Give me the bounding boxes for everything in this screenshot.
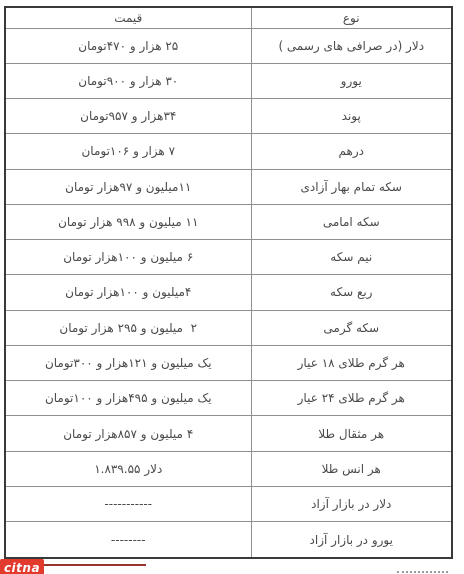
price-cell: ۱۱ میلیون و ۹۹۸ هزار تومان (5, 204, 251, 239)
type-cell: سکه امامی (251, 204, 452, 239)
price-cell: یک میلیون و ۱۲۱هزار و ۳۰۰تومان (5, 345, 251, 380)
header-row: نوع قیمت (5, 7, 452, 28)
table-row: سکه امامی ۱۱ میلیون و ۹۹۸ هزار تومان (5, 204, 452, 239)
table-body: دلار (در صرافی های رسمی ) ۲۵ هزار و ۴۷۰ت… (5, 28, 452, 558)
type-cell: پوند (251, 99, 452, 134)
price-cell: -------- (5, 522, 251, 558)
type-cell: درهم (251, 134, 452, 169)
price-column-header: قیمت (5, 7, 251, 28)
type-cell: هر مثقال طلا (251, 416, 452, 451)
table-row: سکه تمام بهار آزادی ۱۱میلیون و ۹۷هزار تو… (5, 169, 452, 204)
price-cell: ۶ میلیون و ۱۰۰هزار تومان (5, 240, 251, 275)
table-row: هر مثقال طلا ۴ میلیون و ۸۵۷هزار تومان (5, 416, 452, 451)
price-cell: ۳۰ هزار و ۹۰۰تومان (5, 63, 251, 98)
type-cell: یورو در بازار آزاد (251, 522, 452, 558)
price-cell: دلار ۱.۸۳۹.۵۵ (5, 451, 251, 486)
price-cell: ۴میلیون و ۱۰۰هزار تومان (5, 275, 251, 310)
price-cell: ۲۵ هزار و ۴۷۰تومان (5, 28, 251, 63)
type-cell: یورو (251, 63, 452, 98)
table-row: یورو در بازار آزاد -------- (5, 522, 452, 558)
type-cell: ربع سکه (251, 275, 452, 310)
price-cell: یک میلیون و ۴۹۵هزار و ۱۰۰تومان (5, 381, 251, 416)
table-row: هر گرم طلای ۱۸ عیار یک میلیون و ۱۲۱هزار … (5, 345, 452, 380)
price-cell: ۱۱میلیون و ۹۷هزار تومان (5, 169, 251, 204)
citna-logo: citna (0, 559, 44, 574)
citna-logo-line (44, 564, 146, 566)
type-cell: هر انس طلا (251, 451, 452, 486)
type-cell: نیم سکه (251, 240, 452, 275)
table-row: هر گرم طلای ۲۴ عیار یک میلیون و ۴۹۵هزار … (5, 381, 452, 416)
table-row: یورو ۳۰ هزار و ۹۰۰تومان (5, 63, 452, 98)
table-row: هر انس طلا دلار ۱.۸۳۹.۵۵ (5, 451, 452, 486)
price-table-screenshot: نوع قیمت دلار (در صرافی های رسمی ) ۲۵ هز… (0, 0, 464, 574)
table-row: دلار (در صرافی های رسمی ) ۲۵ هزار و ۴۷۰ت… (5, 28, 452, 63)
citna-logo-text: citna (4, 561, 40, 574)
price-cell: ۲ میلیون و ۲۹۵ هزار تومان (5, 310, 251, 345)
type-cell: دلار در بازار آزاد (251, 486, 452, 521)
table-row: دلار در بازار آزاد ----------- (5, 486, 452, 521)
type-cell: هر گرم طلای ۱۸ عیار (251, 345, 452, 380)
table-row: درهم ۷ هزار و ۱۰۶تومان (5, 134, 452, 169)
type-cell: دلار (در صرافی های رسمی ) (251, 28, 452, 63)
table-row: ربع سکه ۴میلیون و ۱۰۰هزار تومان (5, 275, 452, 310)
currency-gold-price-table: نوع قیمت دلار (در صرافی های رسمی ) ۲۵ هز… (4, 6, 453, 559)
type-cell: هر گرم طلای ۲۴ عیار (251, 381, 452, 416)
table-row: سکه گرمی ۲ میلیون و ۲۹۵ هزار تومان (5, 310, 452, 345)
table-row: پوند ۳۴هزار و ۹۵۷تومان (5, 99, 452, 134)
price-cell: ----------- (5, 486, 251, 521)
price-cell: ۳۴هزار و ۹۵۷تومان (5, 99, 251, 134)
type-cell: سکه گرمی (251, 310, 452, 345)
price-cell: ۴ میلیون و ۸۵۷هزار تومان (5, 416, 251, 451)
type-column-header: نوع (251, 7, 452, 28)
type-cell: سکه تمام بهار آزادی (251, 169, 452, 204)
price-cell: ۷ هزار و ۱۰۶تومان (5, 134, 251, 169)
table-row: نیم سکه ۶ میلیون و ۱۰۰هزار تومان (5, 240, 452, 275)
